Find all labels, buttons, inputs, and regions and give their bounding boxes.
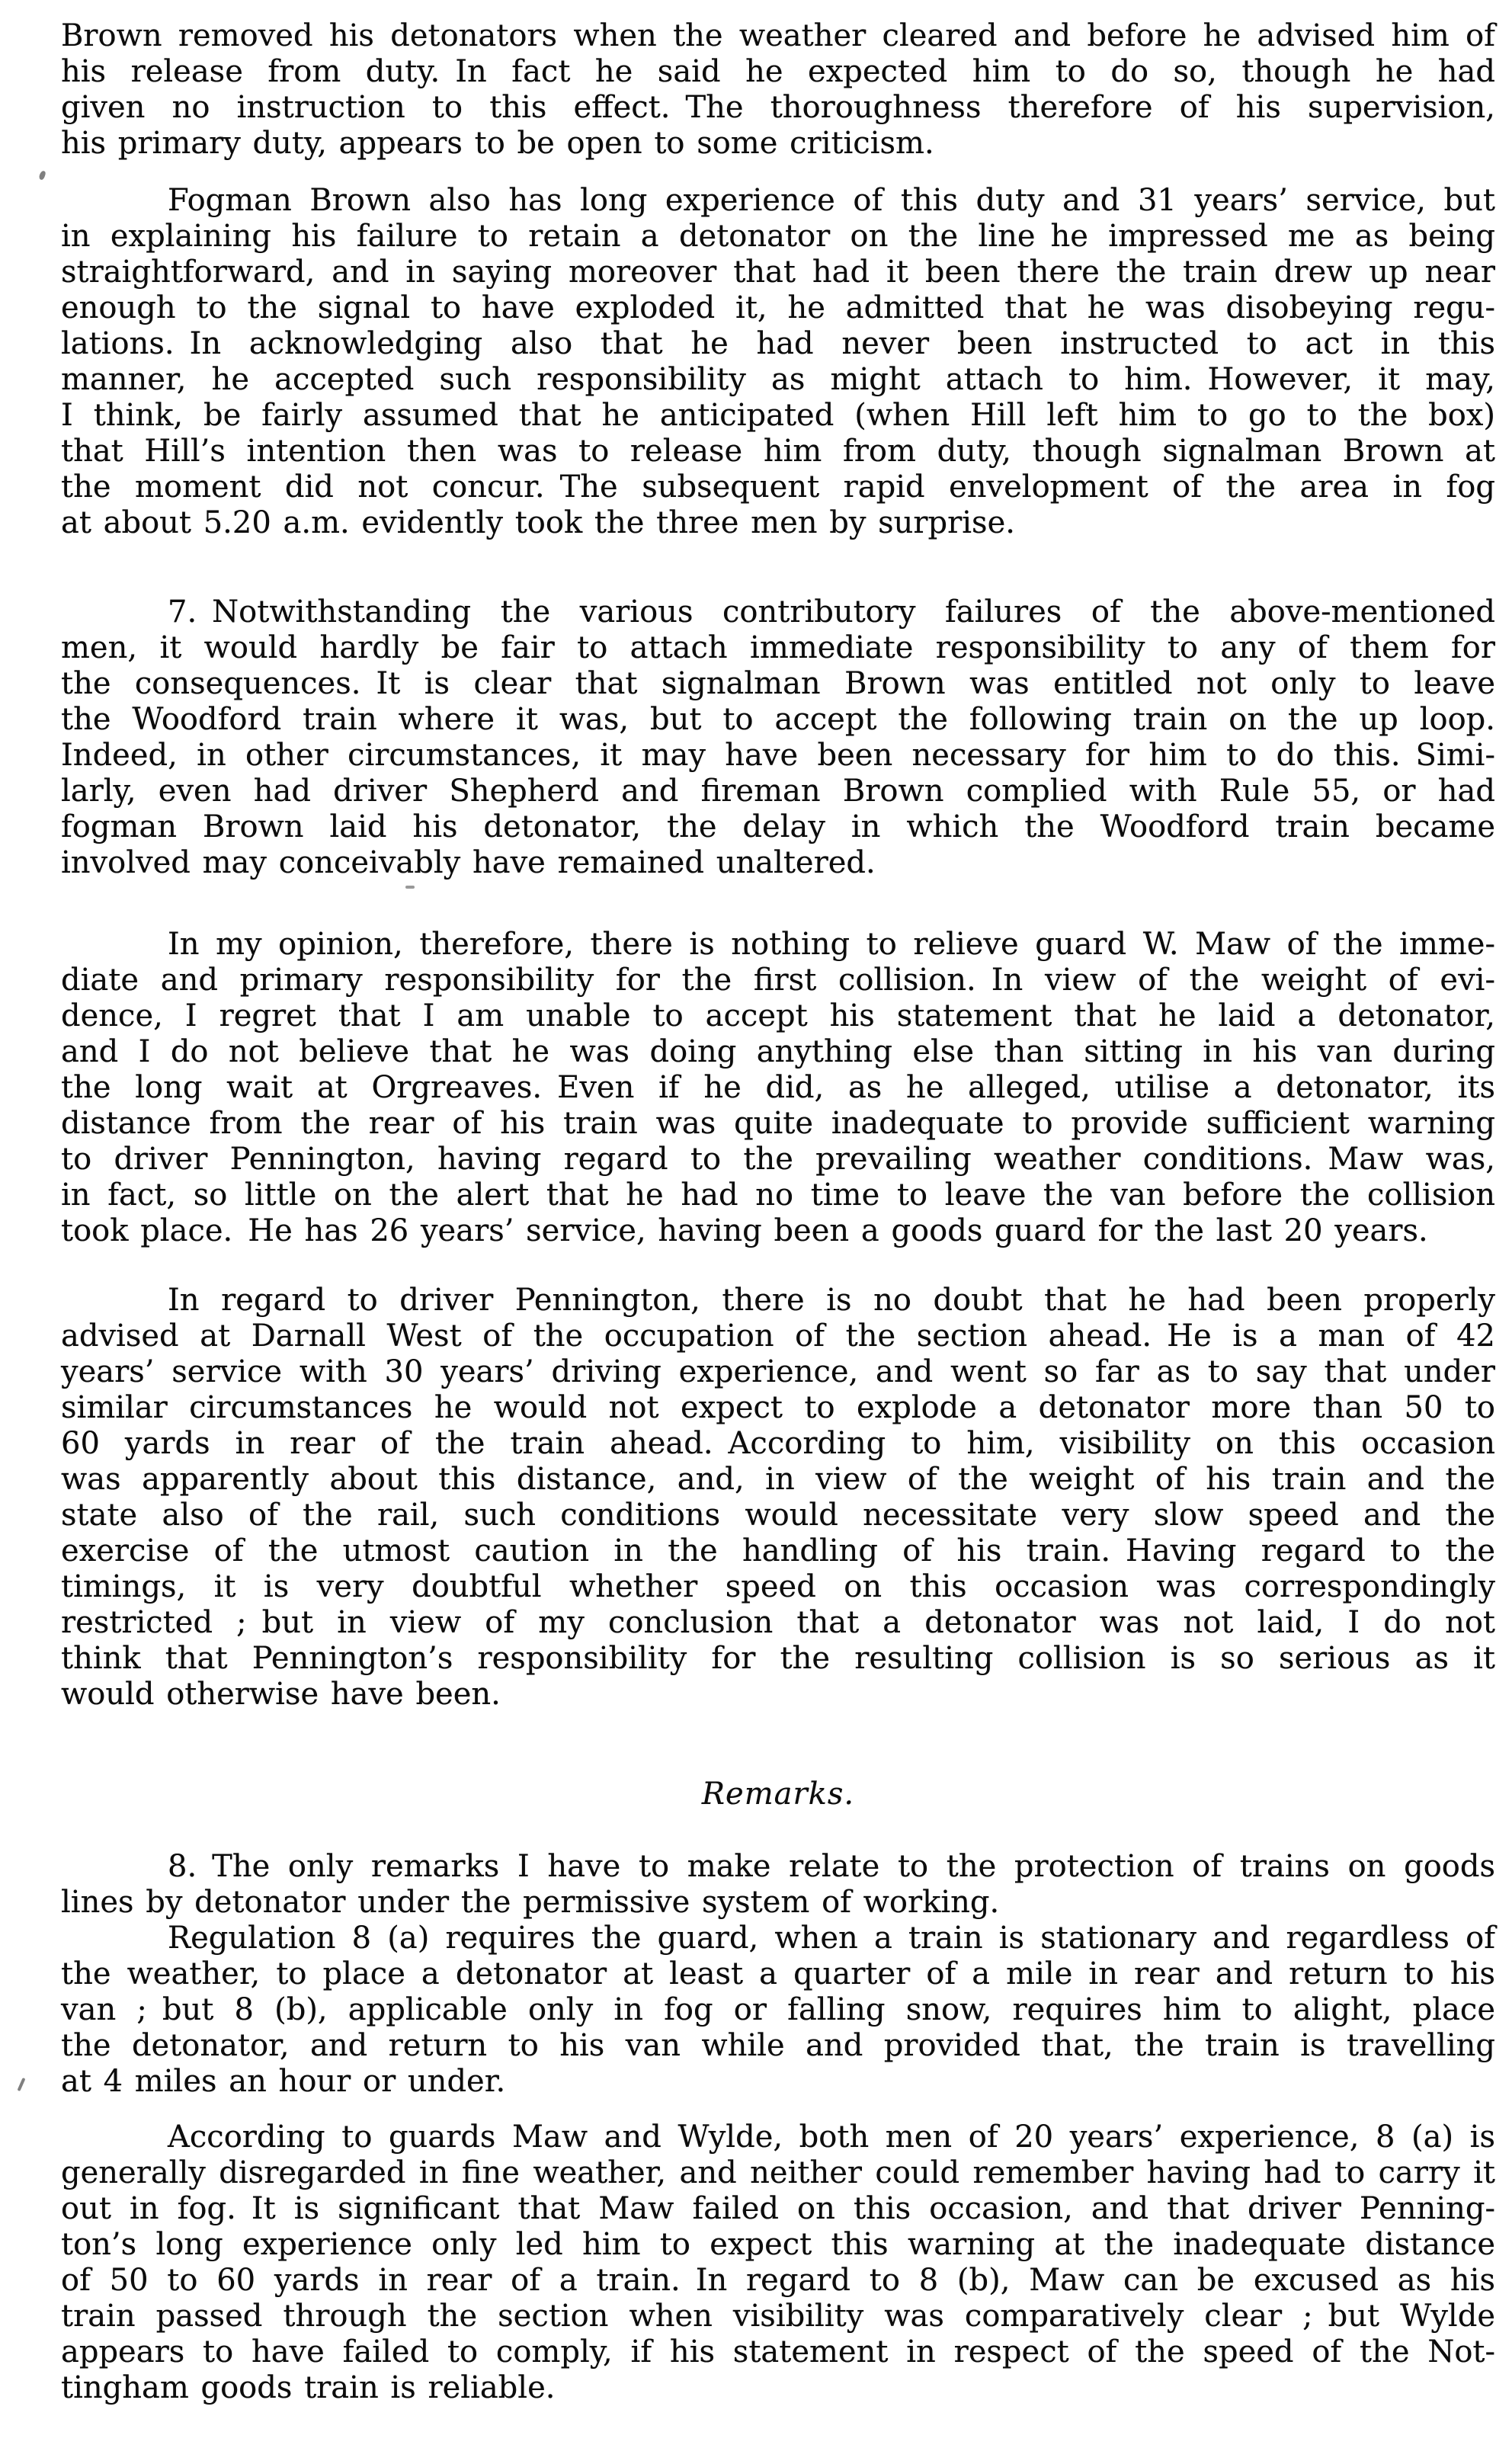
text-line: took place. He has 26 years’ service, ha…: [61, 1213, 1495, 1249]
text-line: years’ service with 30 years’ driving ex…: [61, 1354, 1495, 1390]
paragraph: In my opinion, therefore, there is nothi…: [61, 927, 1495, 1249]
text-line: larly, even had driver Shepherd and fire…: [61, 774, 1495, 809]
text-line: the consequences. It is clear that signa…: [61, 666, 1495, 702]
paragraph: Fogman Brown also has long experience of…: [61, 183, 1495, 541]
text-line: distance from the rear of his train was …: [61, 1106, 1495, 1142]
scan-speck: [405, 886, 415, 889]
text-line: advised at Darnall West of the occupatio…: [61, 1319, 1495, 1354]
text-line: enough to the signal to have exploded it…: [61, 290, 1495, 326]
document-body: Brown removed his detonators when the we…: [61, 18, 1495, 2406]
text-line: and I do not believe that he was doing a…: [61, 1034, 1495, 1070]
text-line: 8. The only remarks I have to make relat…: [61, 1849, 1495, 1885]
text-line: In my opinion, therefore, there is nothi…: [61, 927, 1495, 963]
text-line: of 50 to 60 yards in rear of a train. In…: [61, 2263, 1495, 2299]
text-line: given no instruction to this effect. The…: [61, 90, 1495, 126]
text-line: state also of the rail, such conditions …: [61, 1498, 1495, 1533]
text-line: 7. Notwithstanding the various contribut…: [61, 594, 1495, 630]
text-line: lines by detonator under the permissive …: [61, 1885, 1495, 1921]
paragraph: Regulation 8 (a) requires the guard, whe…: [61, 1921, 1495, 2100]
text-line: similar circumstances he would not expec…: [61, 1390, 1495, 1426]
text-line: I think, be fairly assumed that he antic…: [61, 398, 1495, 434]
text-line: In regard to driver Pennington, there is…: [61, 1283, 1495, 1319]
text-line: dence, I regret that I am unable to acce…: [61, 998, 1495, 1034]
text-line: restricted ; but in view of my conclusio…: [61, 1605, 1495, 1641]
paragraph: According to guards Maw and Wylde, both …: [61, 2120, 1495, 2406]
text-line: tingham goods train is reliable.: [61, 2370, 1495, 2406]
text-line: timings, it is very doubtful whether spe…: [61, 1569, 1495, 1605]
text-line: generally disregarded in fine weather, a…: [61, 2155, 1495, 2191]
text-line: out in fog. It is significant that Maw f…: [61, 2191, 1495, 2227]
paragraph: Brown removed his detonators when the we…: [61, 18, 1495, 162]
text-line: straightforward, and in saying moreover …: [61, 255, 1495, 290]
document-page: Brown removed his detonators when the we…: [0, 0, 1512, 2448]
text-line: Fogman Brown also has long experience of…: [61, 183, 1495, 219]
text-line: involved may conceivably have remained u…: [61, 845, 1495, 881]
text-line: Indeed, in other circumstances, it may h…: [61, 738, 1495, 774]
scan-speck: [38, 170, 46, 181]
text-line: in explaining his failure to retain a de…: [61, 219, 1495, 255]
paragraph: 8. The only remarks I have to make relat…: [61, 1849, 1495, 1921]
text-line: the detonator, and return to his van whi…: [61, 2028, 1495, 2064]
text-line: train passed through the section when vi…: [61, 2299, 1495, 2334]
section-heading: Remarks.: [61, 1777, 1495, 1812]
text-line: that Hill’s intention then was to releas…: [61, 434, 1495, 469]
text-line: men, it would hardly be fair to attach i…: [61, 630, 1495, 666]
text-line: ton’s long experience only led him to ex…: [61, 2227, 1495, 2263]
scan-speck: [18, 2078, 26, 2091]
text-line: exercise of the utmost caution in the ha…: [61, 1533, 1495, 1569]
text-line: the Woodford train where it was, but to …: [61, 702, 1495, 738]
text-line: the long wait at Orgreaves. Even if he d…: [61, 1070, 1495, 1106]
text-line: appears to have failed to comply, if his…: [61, 2334, 1495, 2370]
text-line: the weather, to place a detonator at lea…: [61, 1956, 1495, 1992]
text-line: According to guards Maw and Wylde, both …: [61, 2120, 1495, 2155]
text-line: at about 5.20 a.m. evidently took the th…: [61, 505, 1495, 541]
text-line: was apparently about this distance, and,…: [61, 1462, 1495, 1498]
text-line: in fact, so little on the alert that he …: [61, 1178, 1495, 1213]
paragraph: 7. Notwithstanding the various contribut…: [61, 594, 1495, 881]
text-line: his release from duty. In fact he said h…: [61, 54, 1495, 90]
text-line: at 4 miles an hour or under.: [61, 2064, 1495, 2100]
text-line: the moment did not concur. The subsequen…: [61, 469, 1495, 505]
text-line: would otherwise have been.: [61, 1677, 1495, 1713]
text-line: lations. In acknowledging also that he h…: [61, 326, 1495, 362]
text-line: van ; but 8 (b), applicable only in fog …: [61, 1992, 1495, 2028]
text-line: his primary duty, appears to be open to …: [61, 126, 1495, 162]
text-line: think that Pennington’s responsibility f…: [61, 1641, 1495, 1677]
text-line: to driver Pennington, having regard to t…: [61, 1142, 1495, 1178]
text-line: fogman Brown laid his detonator, the del…: [61, 809, 1495, 845]
paragraph: In regard to driver Pennington, there is…: [61, 1283, 1495, 1713]
text-line: diate and primary responsibility for the…: [61, 963, 1495, 998]
text-line: Regulation 8 (a) requires the guard, whe…: [61, 1921, 1495, 1956]
text-line: Brown removed his detonators when the we…: [61, 18, 1495, 54]
text-line: manner, he accepted such responsibility …: [61, 362, 1495, 398]
text-line: 60 yards in rear of the train ahead. Acc…: [61, 1426, 1495, 1462]
